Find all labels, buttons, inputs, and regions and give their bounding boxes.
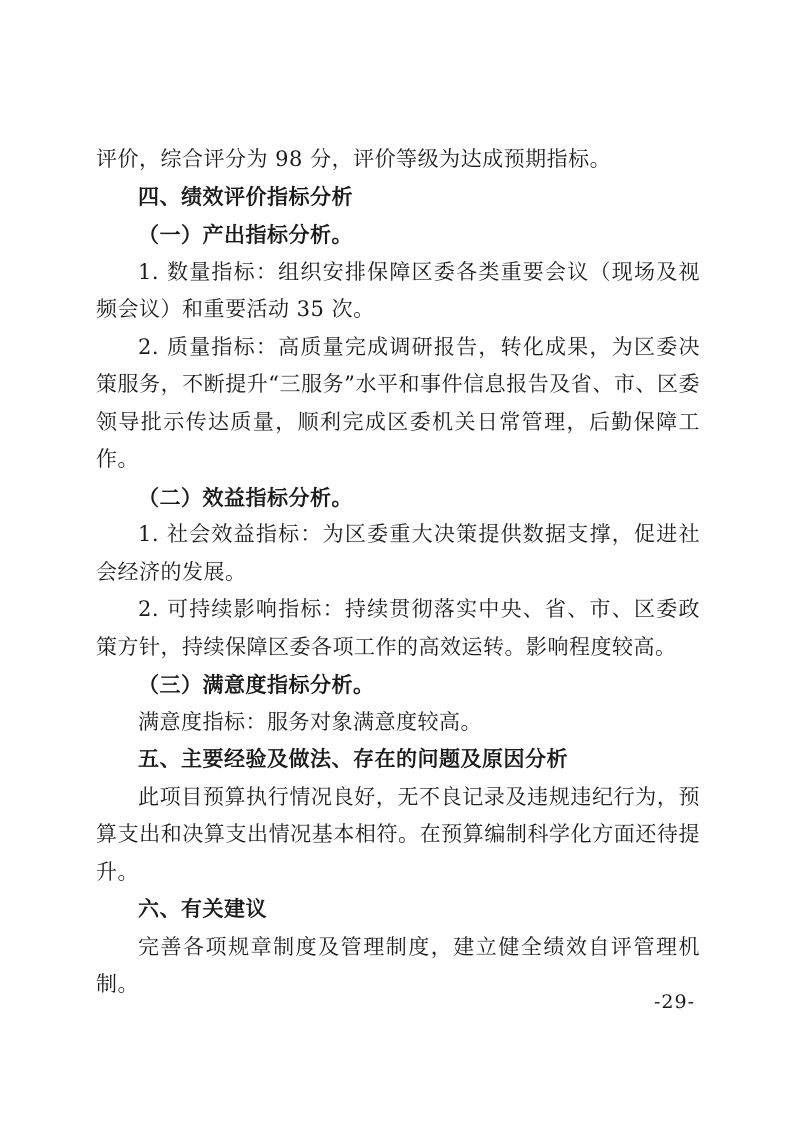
subheading-output-indicator-analysis: （一）产出指标分析。 — [96, 216, 700, 254]
para-experience-problems: 此项目预算执行情况良好，无不良记录及违规违纪行为，预算支出和决算支出情况基本相符… — [96, 779, 700, 892]
heading-section-four: 四、绩效评价指标分析 — [96, 179, 700, 217]
subheading-benefit-indicator-analysis: （二）效益指标分析。 — [96, 479, 700, 517]
para-sustainable-impact-indicator: 2. 可持续影响指标：持续贯彻落实中央、省、市、区委政策方针，持续保障区委各项工… — [96, 591, 700, 666]
document-body: 评价，综合评分为 98 分，评价等级为达成预期指标。 四、绩效评价指标分析 （一… — [96, 141, 700, 1004]
document-page: 评价，综合评分为 98 分，评价等级为达成预期指标。 四、绩效评价指标分析 （一… — [0, 0, 793, 1122]
page-number: -29- — [654, 991, 695, 1013]
subheading-satisfaction-indicator-analysis: （三）满意度指标分析。 — [96, 666, 700, 704]
para-quantity-indicator: 1. 数量指标：组织安排保障区委各类重要会议（现场及视频会议）和重要活动 35 … — [96, 254, 700, 329]
heading-section-six: 六、有关建议 — [96, 891, 700, 929]
heading-section-five: 五、主要经验及做法、存在的问题及原因分析 — [96, 741, 700, 779]
para-satisfaction-indicator: 满意度指标：服务对象满意度较高。 — [96, 704, 700, 742]
para-social-benefit-indicator: 1. 社会效益指标：为区委重大决策提供数据支撑，促进社会经济的发展。 — [96, 516, 700, 591]
para-evaluation-summary: 评价，综合评分为 98 分，评价等级为达成预期指标。 — [96, 141, 700, 179]
para-suggestions: 完善各项规章制度及管理制度，建立健全绩效自评管理机制。 — [96, 929, 700, 1004]
para-quality-indicator: 2. 质量指标：高质量完成调研报告，转化成果，为区委决策服务，不断提升“三服务”… — [96, 329, 700, 479]
